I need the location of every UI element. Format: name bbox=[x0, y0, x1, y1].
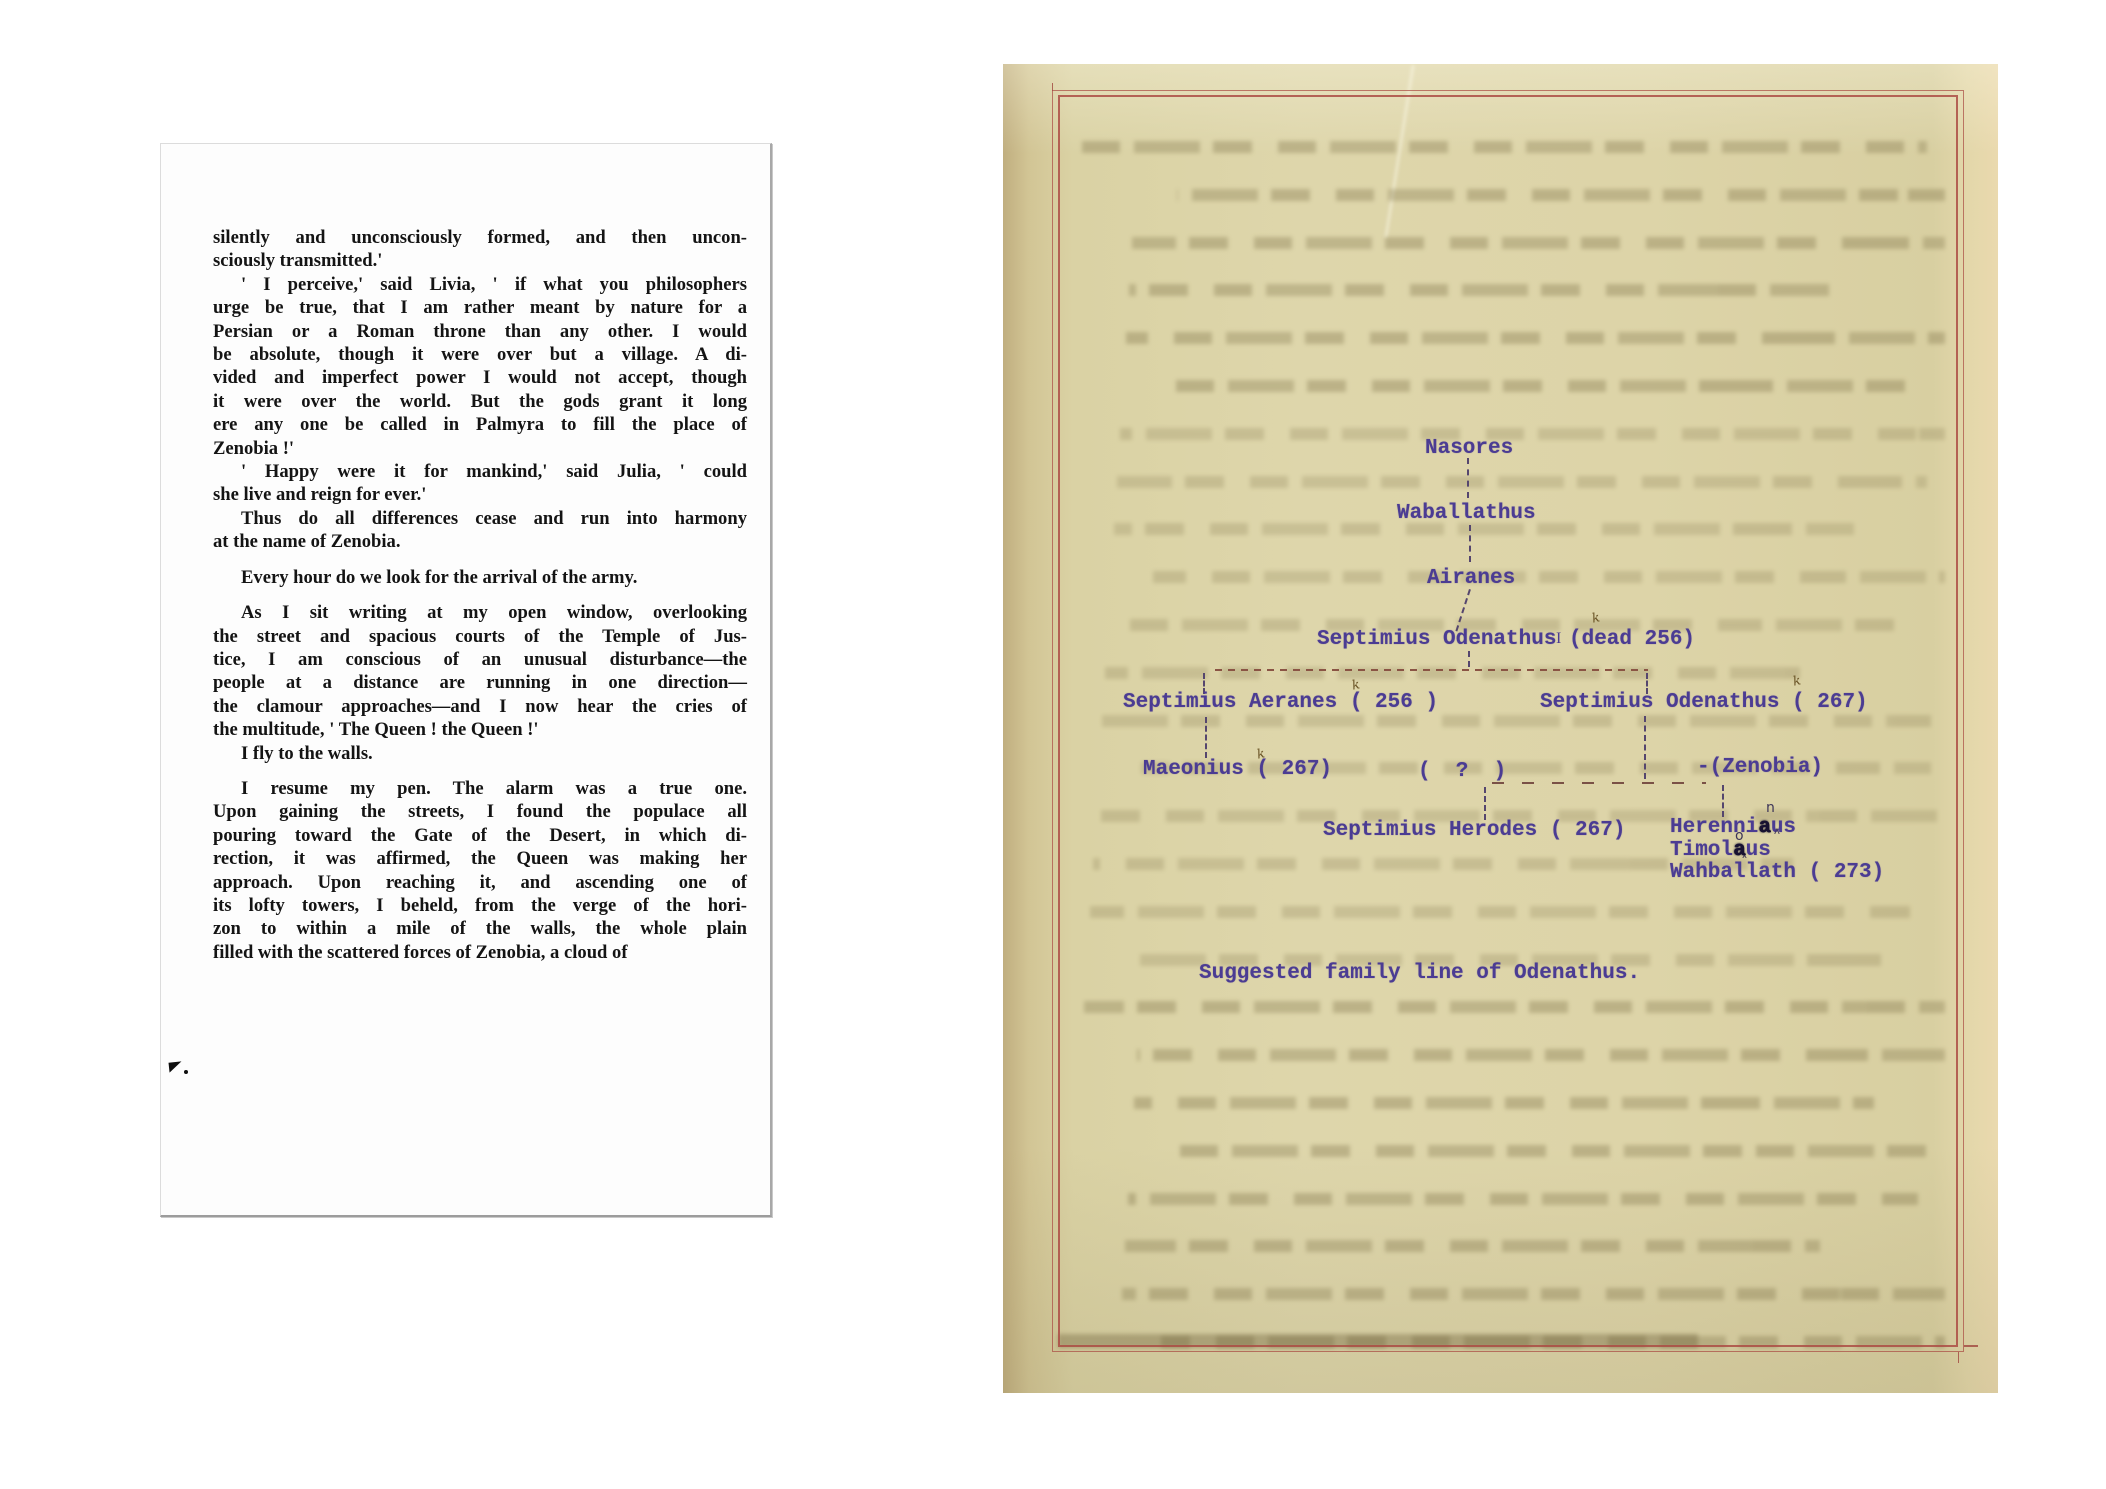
book-line: Thus do all differences cease and run in… bbox=[213, 507, 747, 530]
book-line: the clamour approaches—and I now hear th… bbox=[213, 695, 747, 718]
book-paragraph: Thus do all differences cease and run in… bbox=[213, 507, 747, 554]
border-overshoot bbox=[1052, 83, 1053, 91]
book-line: I fly to the walls. bbox=[213, 742, 747, 765]
book-line: pouring toward the Gate of the Desert, i… bbox=[213, 824, 747, 847]
book-line: approach. Upon reaching it, and ascendin… bbox=[213, 871, 747, 894]
book-line: be absolute, though it were over but a v… bbox=[213, 343, 747, 366]
book-paragraph: I resume my pen. The alarm was a true on… bbox=[213, 777, 747, 964]
book-line: people at a distance are running in one … bbox=[213, 671, 747, 694]
book-line: filled with the scattered forces of Zeno… bbox=[213, 941, 747, 964]
scanned-documents-canvas: silently and unconsciously formed, and t… bbox=[0, 0, 2106, 1489]
book-paragraph: I fly to the walls. bbox=[213, 742, 747, 765]
book-line: silently and unconsciously formed, and t… bbox=[213, 226, 747, 249]
ink-smudge-dot bbox=[184, 1070, 188, 1074]
book-line: tice, I am conscious of an unusual distu… bbox=[213, 648, 747, 671]
book-line: sciously transmitted.' bbox=[213, 249, 747, 272]
book-line: As I sit writing at my open window, over… bbox=[213, 601, 747, 624]
book-line: Every hour do we look for the arrival of… bbox=[213, 566, 747, 589]
book-page-scan: silently and unconsciously formed, and t… bbox=[160, 143, 772, 1217]
book-paragraph: ' I perceive,' said Livia, ' if what you… bbox=[213, 273, 747, 460]
book-line: the street and spacious courts of the Te… bbox=[213, 625, 747, 648]
book-line: rection, it was affirmed, the Queen was … bbox=[213, 847, 747, 870]
book-line: the multitude, ' The Queen ! the Queen !… bbox=[213, 718, 747, 741]
book-line: Upon gaining the streets, I found the po… bbox=[213, 800, 747, 823]
book-paragraph: As I sit writing at my open window, over… bbox=[213, 601, 747, 741]
typescript-page-scan bbox=[1003, 64, 1998, 1393]
book-line: urge be true, that I am rather meant by … bbox=[213, 296, 747, 319]
book-paragraph: ' Happy were it for mankind,' said Julia… bbox=[213, 460, 747, 507]
book-line: Persian or a Roman throne than any other… bbox=[213, 320, 747, 343]
border-overshoot bbox=[1958, 1352, 1959, 1363]
book-line: ' Happy were it for mankind,' said Julia… bbox=[213, 460, 747, 483]
book-text-block: silently and unconsciously formed, and t… bbox=[213, 226, 747, 964]
book-line: its lofty towers, I beheld, from the ver… bbox=[213, 894, 747, 917]
book-line: ' I perceive,' said Livia, ' if what you… bbox=[213, 273, 747, 296]
book-line: ere any one be called in Palmyra to fill… bbox=[213, 413, 747, 436]
ink-smudge-mark bbox=[169, 1061, 183, 1072]
book-line: at the name of Zenobia. bbox=[213, 530, 747, 553]
book-line: vided and imperfect power I would not ac… bbox=[213, 366, 747, 389]
book-line: I resume my pen. The alarm was a true on… bbox=[213, 777, 747, 800]
border-overshoot bbox=[1964, 1345, 1978, 1347]
book-line: it were over the world. But the gods gra… bbox=[213, 390, 747, 413]
book-line: Zenobia !' bbox=[213, 437, 747, 460]
book-line: she live and reign for ever.' bbox=[213, 483, 747, 506]
book-line: zon to within a mile of the walls, the w… bbox=[213, 917, 747, 940]
book-paragraph: silently and unconsciously formed, and t… bbox=[213, 226, 747, 273]
book-paragraph: Every hour do we look for the arrival of… bbox=[213, 566, 747, 589]
